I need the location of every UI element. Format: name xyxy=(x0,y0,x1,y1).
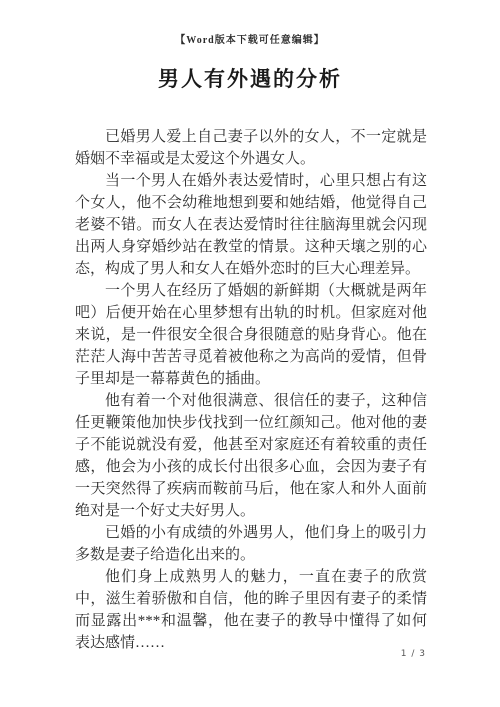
header-note: 【Word版本下载可任意编辑】 xyxy=(0,31,500,46)
paragraph: 已婚的小有成绩的外遇男人，他们身上的吸引力多数是妻子给造化出来的。 xyxy=(75,522,427,566)
page-number: 1 / 3 xyxy=(401,649,426,659)
paragraph: 一个男人在经历了婚姻的新鲜期（大概就是两年吧）后便开始在心里梦想有出轨的时机。但… xyxy=(75,280,427,390)
paragraph: 他们身上成熟男人的魅力，一直在妻子的欣赏中，滋生着骄傲和自信，他的眸子里因有妻子… xyxy=(75,566,427,654)
paragraph: 已婚男人爱上自己妻子以外的女人，不一定就是婚姻不幸福或是太爱这个外遇女人。 xyxy=(75,126,427,170)
page-title: 男人有外遇的分析 xyxy=(0,63,500,93)
paragraph: 当一个男人在婚外表达爱情时，心里只想占有这个女人，他不会幼稚地想到要和她结婚，他… xyxy=(75,170,427,280)
document-body: 已婚男人爱上自己妻子以外的女人，不一定就是婚姻不幸福或是太爱这个外遇女人。 当一… xyxy=(75,126,427,654)
paragraph: 他有着一个对他很满意、很信任的妻子，这种信任更鞭策他加快步伐找到一位红颜知己。他… xyxy=(75,390,427,522)
document-page: 【Word版本下载可任意编辑】 男人有外遇的分析 已婚男人爱上自己妻子以外的女人… xyxy=(0,0,500,707)
